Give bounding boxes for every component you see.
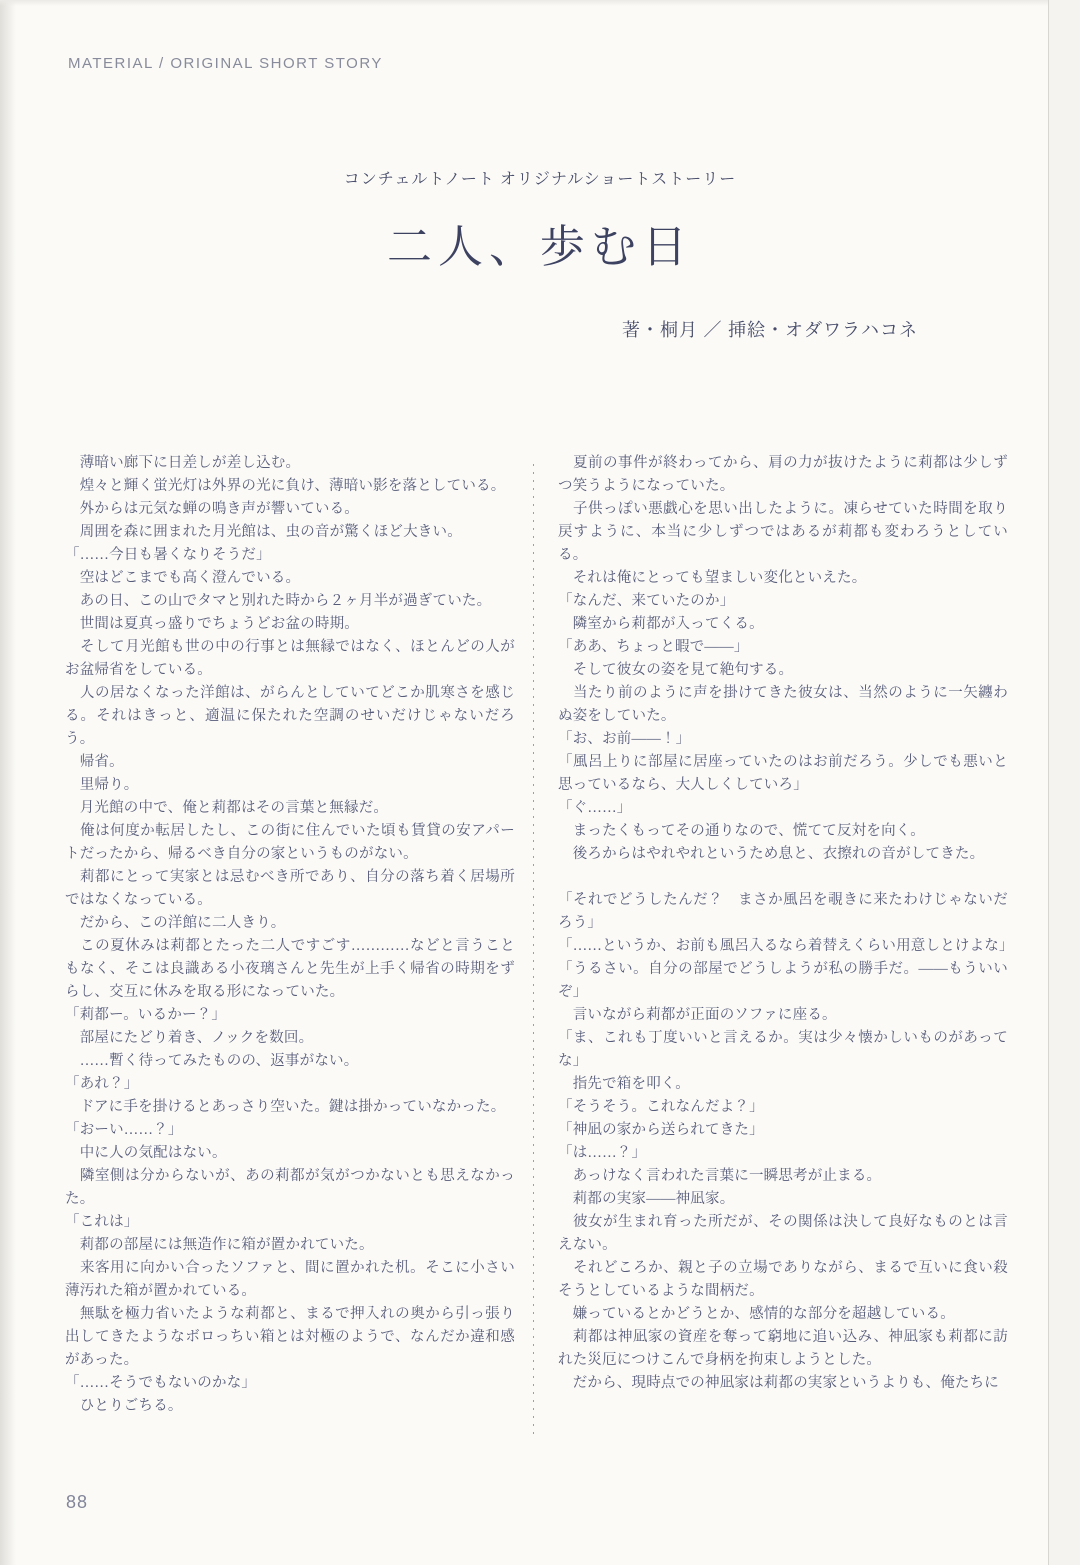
paragraph: まったくもってその通りなので、慌てて反対を向く。 bbox=[558, 820, 1008, 843]
paragraph: 「これは」 bbox=[65, 1211, 515, 1234]
paragraph: 空はどこまでも高く澄んでいる。 bbox=[65, 567, 515, 590]
paragraph: 「莉都ー。いるかー？」 bbox=[65, 1004, 515, 1027]
paragraph: 人の居なくなった洋館は、がらんとしていてどこか肌寒さを感じる。それはきっと、適温… bbox=[65, 682, 515, 751]
paragraph: 指先で箱を叩く。 bbox=[558, 1073, 1008, 1096]
author-credit: 著・桐月 ／ 挿絵・オダワラハコネ bbox=[622, 320, 918, 340]
paragraph: 隣室から莉都が入ってくる。 bbox=[558, 613, 1008, 636]
paragraph: 「お、お前――！」 bbox=[558, 728, 1008, 751]
author-credit-row: 著・桐月 ／ 挿絵・オダワラハコネ bbox=[40, 316, 1040, 342]
book-page: MATERIAL / ORIGINAL SHORT STORY コンチェルトノー… bbox=[0, 0, 1080, 1565]
paragraph: 「風呂上りに部屋に居座っていたのはお前だろう。少しでも悪いと思っているなら、大人… bbox=[558, 751, 1008, 797]
paragraph: ドアに手を掛けるとあっさり空いた。鍵は掛かっていなかった。 bbox=[65, 1096, 515, 1119]
paragraph: 「それでどうしたんだ？ まさか風呂を覗きに来たわけじゃないだろう」 bbox=[558, 889, 1008, 935]
paragraph: 莉都の部屋には無造作に箱が置かれていた。 bbox=[65, 1234, 515, 1257]
page-edge-shadow-top bbox=[0, 0, 1080, 6]
paragraph: 部屋にたどり着き、ノックを数回。 bbox=[65, 1027, 515, 1050]
paragraph: あの日、この山でタマと別れた時から２ヶ月半が過ぎていた。 bbox=[65, 590, 515, 613]
paragraph: 「おーい……？」 bbox=[65, 1119, 515, 1142]
paragraph: ……暫く待ってみたものの、返事がない。 bbox=[65, 1050, 515, 1073]
paragraph: 周囲を森に囲まれた月光館は、虫の音が驚くほど大きい。 bbox=[65, 521, 515, 544]
paragraph: それどころか、親と子の立場でありながら、まるで互いに食い殺そうとしているような間… bbox=[558, 1257, 1008, 1303]
paragraph: 嫌っているとかどうとか、感情的な部分を超越している。 bbox=[558, 1303, 1008, 1326]
paragraph: 夏前の事件が終わってから、肩の力が抜けたように莉都は少しずつ笑うようになっていた… bbox=[558, 452, 1008, 498]
paragraph: 「ぐ……」 bbox=[558, 797, 1008, 820]
paragraph: 「ま、これも丁度いいと言えるか。実は少々懐かしいものがあってな」 bbox=[558, 1027, 1008, 1073]
paragraph: 隣室側は分からないが、あの莉都が気がつかないとも思えなかった。 bbox=[65, 1165, 515, 1211]
paragraph: 来客用に向かい合ったソファと、間に置かれた机。そこに小さい薄汚れた箱が置かれてい… bbox=[65, 1257, 515, 1303]
paragraph: 「うるさい。自分の部屋でどうしようが私の勝手だ。――もういいぞ」 bbox=[558, 958, 1008, 1004]
paragraph: 「そうそう。これなんだよ？」 bbox=[558, 1096, 1008, 1119]
paragraph: 後ろからはやれやれというため息と、衣擦れの音がしてきた。 bbox=[558, 843, 1008, 866]
paragraph: 「……というか、お前も風呂入るなら着替えくらい用意しとけよな」 bbox=[558, 935, 1008, 958]
paragraph: 無駄を極力省いたような莉都と、まるで押入れの奥から引っ張り出してきたようなボロっ… bbox=[65, 1303, 515, 1372]
paragraph: 俺は何度か転居したし、この街に住んでいた頃も賃貸の安アパートだったから、帰るべき… bbox=[65, 820, 515, 866]
paragraph: 「なんだ、来ていたのか」 bbox=[558, 590, 1008, 613]
paragraph: だから、この洋館に二人きり。 bbox=[65, 912, 515, 935]
paragraph: この夏休みは莉都とたった二人ですごす…………などと言うこともなく、そこは良識ある… bbox=[65, 935, 515, 1004]
paragraph: 「ああ、ちょっと暇で――」 bbox=[558, 636, 1008, 659]
paragraph: 莉都は神凪家の資産を奪って窮地に追い込み、神凪家も莉都に訪れた災厄につけこんで身… bbox=[558, 1326, 1008, 1372]
paragraph: 「……そうでもないのかな」 bbox=[65, 1372, 515, 1395]
page-edge-margin-right bbox=[1049, 0, 1080, 1565]
paragraph: 子供っぽい悪戯心を思い出したように。凍らせていた時間を取り戻すように、本当に少し… bbox=[558, 498, 1008, 567]
story-subtitle: コンチェルトノート オリジナルショートストーリー bbox=[40, 166, 1040, 189]
paragraph: 煌々と輝く蛍光灯は外界の光に負け、薄暗い影を落としている。 bbox=[65, 475, 515, 498]
text-column-right: 夏前の事件が終わってから、肩の力が抜けたように莉都は少しずつ笑うようになっていた… bbox=[558, 452, 1008, 1395]
paragraph: そして彼女の姿を見て絶句する。 bbox=[558, 659, 1008, 682]
page-number: 88 bbox=[66, 1492, 88, 1513]
paragraph: あっけなく言われた言葉に一瞬思考が止まる。 bbox=[558, 1165, 1008, 1188]
paragraph: 莉都の実家――神凪家。 bbox=[558, 1188, 1008, 1211]
paragraph: 言いながら莉都が正面のソファに座る。 bbox=[558, 1004, 1008, 1027]
paragraph: ひとりごちる。 bbox=[65, 1395, 515, 1418]
paragraph: 里帰り。 bbox=[65, 774, 515, 797]
paragraph: 中に人の気配はない。 bbox=[65, 1142, 515, 1165]
text-column-left: 薄暗い廊下に日差しが差し込む。 煌々と輝く蛍光灯は外界の光に負け、薄暗い影を落と… bbox=[65, 452, 515, 1418]
paragraph: 帰省。 bbox=[65, 751, 515, 774]
section-kicker: MATERIAL / ORIGINAL SHORT STORY bbox=[68, 55, 383, 72]
story-title: 二人、歩む日 bbox=[40, 210, 1040, 275]
paragraph: それは俺にとっても望ましい変化といえた。 bbox=[558, 567, 1008, 590]
paragraph: 「神凪の家から送られてきた」 bbox=[558, 1119, 1008, 1142]
paragraph: 「あれ？」 bbox=[65, 1073, 515, 1096]
paragraph: 「は……？」 bbox=[558, 1142, 1008, 1165]
paragraph: そして月光館も世の中の行事とは無縁ではなく、ほとんどの人がお盆帰省をしている。 bbox=[65, 636, 515, 682]
paragraph: 彼女が生まれ育った所だが、その関係は決して良好なものとは言えない。 bbox=[558, 1211, 1008, 1257]
paragraph: 外からは元気な蝉の鳴き声が響いている。 bbox=[65, 498, 515, 521]
paragraph bbox=[558, 866, 1008, 889]
paragraph: だから、現時点での神凪家は莉都の実家というよりも、俺たちに bbox=[558, 1372, 1008, 1395]
paragraph: 莉都にとって実家とは忌むべき所であり、自分の落ち着く居場所ではなくなっている。 bbox=[65, 866, 515, 912]
paragraph: 当たり前のように声を掛けてきた彼女は、当然のように一矢纏わぬ姿をしていた。 bbox=[558, 682, 1008, 728]
paragraph: 世間は夏真っ盛りでちょうどお盆の時期。 bbox=[65, 613, 515, 636]
column-divider bbox=[533, 464, 534, 1436]
paragraph: 月光館の中で、俺と莉都はその言葉と無縁だ。 bbox=[65, 797, 515, 820]
paragraph: 「……今日も暑くなりそうだ」 bbox=[65, 544, 515, 567]
page-edge-shadow-left bbox=[0, 0, 16, 1565]
paragraph: 薄暗い廊下に日差しが差し込む。 bbox=[65, 452, 515, 475]
